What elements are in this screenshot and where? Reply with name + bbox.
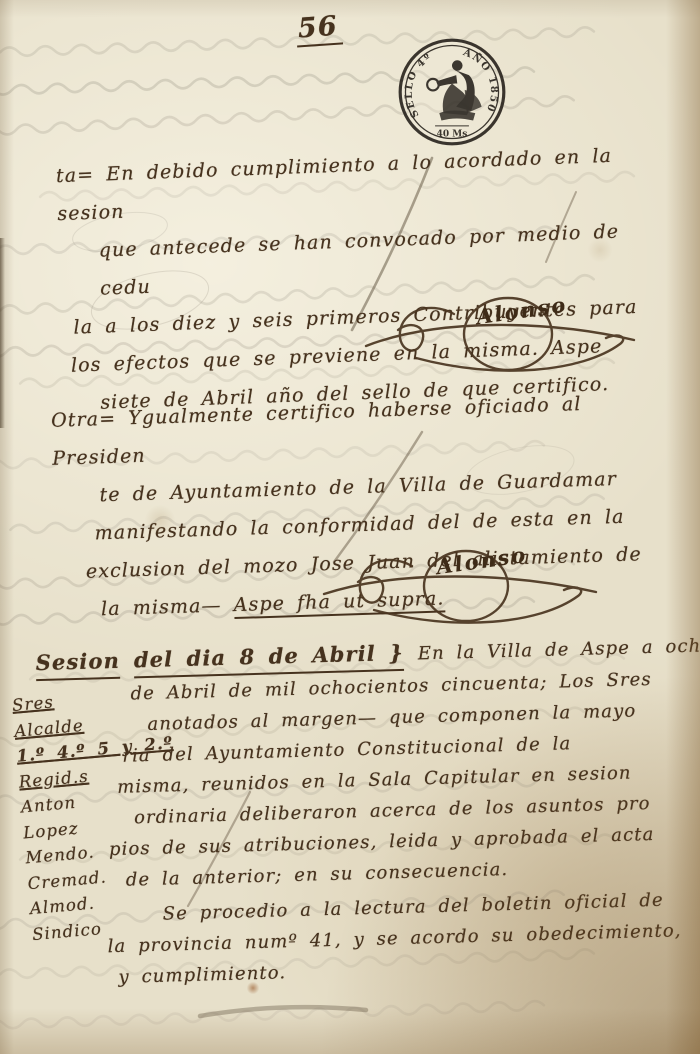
signature-rubric-flourish bbox=[358, 284, 643, 384]
signature-rubric-flourish bbox=[318, 534, 603, 634]
margin-attendee-list: Sres Alcalde 1.º 4.º 5 y 2.º Regid.s Ant… bbox=[11, 684, 137, 947]
page-number: 56 bbox=[295, 10, 343, 47]
revenue-stamp-seal: SELLO 4º AÑO 1850. 40 Ms bbox=[397, 34, 507, 150]
seal-denomination-text: 40 Ms bbox=[437, 129, 468, 139]
session-record: Sesion del dia 8 de Abril } En la Villa … bbox=[35, 629, 692, 995]
signature-alonso-1: Alonso bbox=[358, 284, 643, 384]
signature-alonso-2: Alonso bbox=[318, 534, 603, 629]
manuscript-page: 56 SELLO 4º AÑO 1850. 40 Ms ta= En debid… bbox=[0, 0, 700, 1054]
binding-edge-shadow bbox=[0, 238, 5, 428]
closing-phrase: la misma— bbox=[101, 594, 234, 620]
session-heading-title: Sesion bbox=[35, 645, 120, 681]
